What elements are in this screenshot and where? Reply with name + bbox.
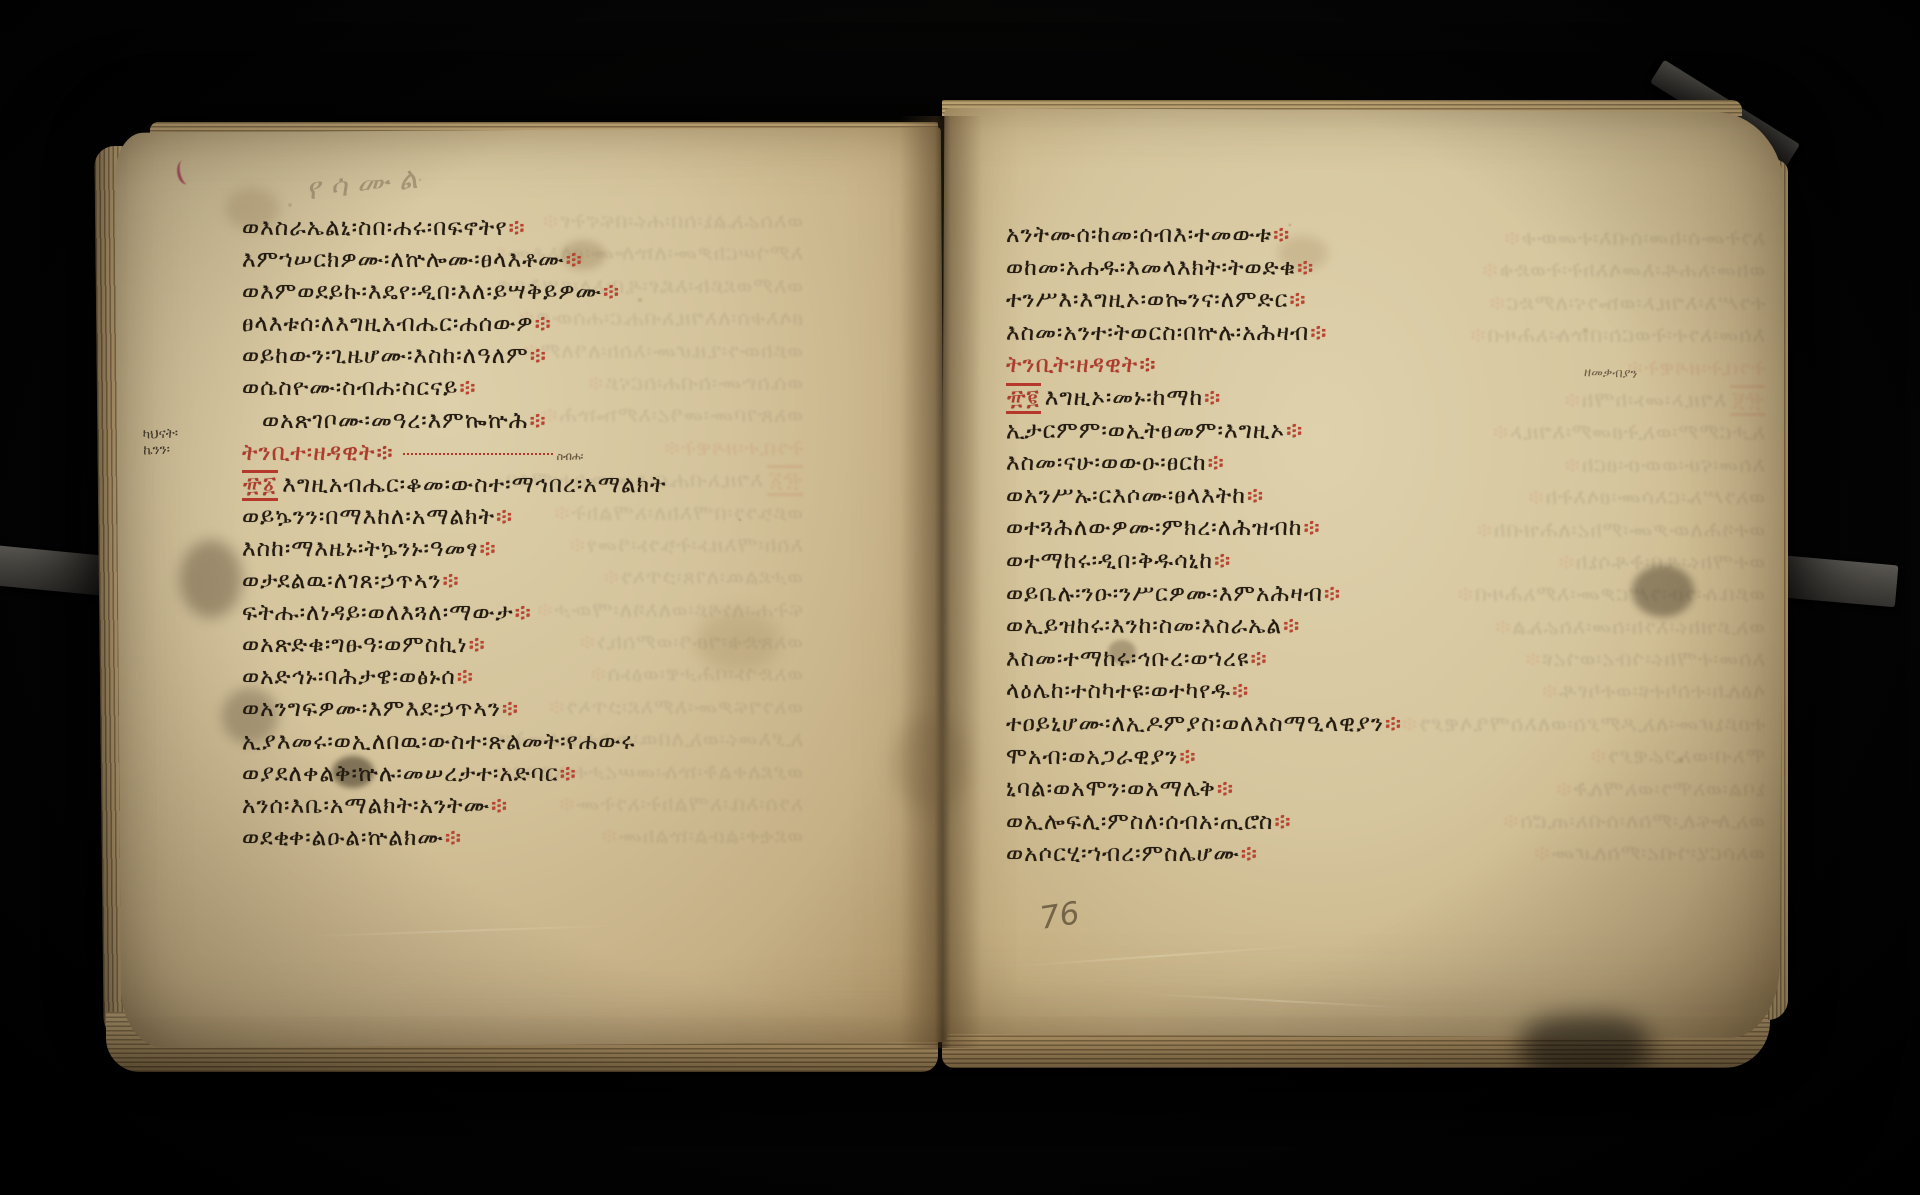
manuscript-line: ፹፪እግዚኦ፡መኑ፡ከማከ፨	[1006, 382, 1403, 415]
verse-cross: ፨	[1216, 776, 1235, 802]
line-text: እግዚአብሔር፡ቆመ፡ውስተ፡ማኅበረ፡አማልክት	[282, 472, 666, 498]
verse-cross: ፨	[1456, 582, 1474, 606]
ghost-line: ወከመ፡አሐዱ፡እመላእክት፡ትወድቁ፨	[1395, 254, 1765, 286]
line-text: ኢያእመሩ፡ወኢለበዉ፡ውስተ፡ጽልመት፡የሐውሩ	[242, 729, 635, 755]
line-text: ሞአብ፡ወአጋራዊያን፨	[1006, 744, 1197, 770]
manuscript-line: ትንቢት፡ዘዳዊት፨	[1006, 349, 1403, 382]
verse-cross: ፨	[375, 440, 394, 466]
verse-cross: ፨	[1288, 287, 1307, 313]
manuscript-line: ወአጽገቦሙ፡መዓረ፡እምኰኵሕ፨	[262, 405, 667, 437]
heading-gloss: ስብሐ፡	[557, 450, 584, 463]
verse-cross: ፨	[1554, 777, 1572, 801]
margin-note-line: ኬንን፡	[143, 441, 179, 458]
verse-cross: ፨	[602, 279, 621, 305]
ghost-line: ወአሶርሂ፡ኀብረ፡ምስሌሆሙ፨	[1395, 837, 1765, 869]
line-text: ወእምወደይኩ፡እዴየ፡ዲበ፡እለ፡ይሣቅይዎሙ፨	[242, 279, 621, 305]
verse-cross: ፨	[1533, 841, 1551, 865]
right-page-text-column: አንትሙሰ፡ከመ፡ሰብእ፡ተመውቱ፨ወከመ፡አሐዱ፡እመላእክት፡ትወድቁ፨ተን…	[1006, 219, 1403, 871]
manuscript-line: ወተጓሕለውዎሙ፡ምክረ፡ለሕዝብከ፨	[1006, 512, 1403, 545]
right-margin-note: ዘመቃብያን	[1584, 365, 1638, 382]
verse-cross: ፨	[1503, 226, 1521, 250]
ghost-line: ተዐይኒሆሙ፡ለኢዶምያስ፡ወለእስማዒላዊያን፨	[1395, 708, 1765, 740]
manuscript-line: ወአድኅኑ፡ባሕታዌ፡ወፅኑሰ፨	[242, 661, 667, 693]
manuscript-line: ወይከውን፡ጊዜሆሙ፡እስከ፡ለዓለም፨	[242, 340, 667, 372]
verse-cross: ፨	[1502, 809, 1520, 833]
manuscript-line: ወሴስዮሙ፡ስብሐ፡ስርናይ፨	[242, 372, 667, 404]
verse-cross: ፨	[1563, 388, 1581, 412]
ghost-line: ፹፪እግዚኦ፡መኑ፡ከማከ፨	[1395, 384, 1765, 416]
line-text: ወሴስዮሙ፡ስብሐ፡ስርናይ፨	[242, 375, 478, 401]
line-text: እስመ፡ናሁ፡ወውዑ፡ፀርከ፨	[1006, 450, 1226, 476]
verse-cross: ፨	[565, 247, 584, 273]
line-text: ወአሶርሂ፡ኀብረ፡ምስሌሆሙ፨	[1006, 841, 1259, 867]
line-text: አንትሙሰ፡ከመ፡ሰብእ፡ተመውቱ፨	[1006, 222, 1291, 248]
ghost-line: ወኢሎፍሊ፡ምስለ፡ሰብአ፡ጢሮስ፨	[1395, 805, 1765, 837]
line-text: እግዚኦ፡መኑ፡ከማከ፨	[1045, 385, 1223, 411]
manuscript-line: ሞአብ፡ወአጋራዊያን፨	[1006, 741, 1403, 774]
verse-cross: ፨	[1563, 453, 1581, 477]
left-page-text-column: ወእስራኤልኒ፡ስበ፡ሐሩ፡በፍኖትየ፨እምኀሠርክዎሙ፡ለኵሎሙ፡ፀላእቶሙ፨…	[242, 212, 667, 854]
verse-cross: ፨	[529, 343, 548, 369]
line-text: ወአንሥኡ፡ርእሶሙ፡ፀላእትከ፨	[1006, 483, 1265, 509]
manuscript-line: እምኀሠርክዎሙ፡ለኵሎሙ፡ፀላእቶሙ፨	[242, 244, 667, 276]
verse-cross: ፨	[501, 696, 520, 722]
verse-cross: ፨	[1491, 420, 1509, 444]
ghost-line: ላዕሌከ፡ተስካተዩ፡ወተካየዱ፨	[1395, 675, 1765, 707]
verse-cross: ፨	[1527, 485, 1545, 509]
manuscript-line: አንትሙሰ፡ከመ፡ሰብእ፡ተመውቱ፨	[1006, 219, 1403, 252]
verse-cross: ፨	[1488, 291, 1506, 315]
line-text: አንሰ፡እቤ፡አማልክት፡አንትሙ፨	[242, 793, 509, 819]
manuscript-line: ወከመ፡አሐዱ፡እመላእክት፡ትወድቁ፨	[1006, 252, 1403, 285]
verse-cross: ፨	[1469, 323, 1487, 347]
ghost-line: እስመ፡አንተ፡ትወርስ፡በኵሉ፡አሕዛብ፨	[1395, 319, 1765, 351]
manuscript-line: ኢያእመሩ፡ወኢለበዉ፡ውስተ፡ጽልመት፡የሐውሩ	[242, 726, 667, 758]
verse-cross: ፨	[479, 536, 498, 562]
verse-cross: ፨	[468, 632, 487, 658]
ghost-line: ወአንሥኡ፡ርእሶሙ፡ፀላእትከ፨	[1395, 481, 1765, 513]
manuscript-line: ፍትሑ፡ለነዳይ፡ወለእጓለ፡ማውታ፨	[242, 597, 667, 629]
manuscript-line: ወኢይዝከሩ፡እንከ፡ስመ፡እስራኤል፨	[1006, 610, 1403, 643]
verse-cross: ፨	[1213, 548, 1232, 574]
manuscript-line: ወይኴንን፡በማእከለ፡አማልክት፨	[242, 501, 667, 533]
line-text: ኒባል፡ወአሞን፡ወአማሌቅ፨	[1006, 776, 1235, 802]
verse-cross: ፨	[1309, 320, 1328, 346]
verse-cross: ፨	[442, 568, 461, 594]
manuscript-line: ወአንሥኡ፡ርእሶሙ፡ፀላእትከ፨	[1006, 480, 1403, 513]
line-text: ወአድኅኑ፡ባሕታዌ፡ወፅኑሰ፨	[242, 664, 475, 690]
verse-cross: ፨	[444, 825, 463, 851]
ghost-line: ወተማከሩ፡ዲበ፡ቅዱሳኒከ፨	[1395, 546, 1765, 578]
ghost-line: ተንሥእ፡እግዚኦ፡ወኰንና፡ለምድር፨	[1395, 287, 1765, 319]
manuscript-line: ወአንግፍዎሙ፡እምእደ፡ኃጥኣን፨	[242, 693, 667, 725]
margin-note-line: ካህናት፡	[142, 425, 178, 442]
verse-cross: ፨	[1384, 711, 1403, 737]
verse-cross: ፨	[1557, 550, 1575, 574]
verse-cross: ፨	[1302, 515, 1321, 541]
manuscript-line: ወአሶርሂ፡ኀብረ፡ምስሌሆሙ፨	[1006, 838, 1403, 871]
line-text: ትንቢት፡ዘዳዊት፨	[1006, 352, 1157, 378]
verse-cross: ፨	[534, 311, 553, 337]
verse-cross: ፨	[490, 793, 509, 819]
manuscript-line: እስመ፡ናሁ፡ወውዑ፡ፀርከ፨	[1006, 447, 1403, 480]
verse-cross: ፨	[1323, 581, 1342, 607]
line-text: እስመ፡ተማከሩ፡ኅቡረ፡ወኀረዩ፨	[1006, 646, 1269, 672]
verse-cross: ፨	[1475, 518, 1493, 542]
verse-cross: ፨	[1540, 679, 1558, 703]
verse-cross: ፨	[1249, 646, 1268, 672]
verse-cross: ፨	[1285, 418, 1304, 444]
line-text: ወኢሎፍሊ፡ምስለ፡ሰብአ፡ጢሮስ፨	[1006, 809, 1293, 835]
verse-cross: ፨	[1273, 809, 1292, 835]
manuscript-line: አንሰ፡እቤ፡አማልክት፡አንትሙ፨	[242, 790, 667, 822]
line-text: እስመ፡አንተ፡ትወርስ፡በኵሉ፡አሕዛብ፨	[1006, 320, 1328, 346]
ghost-line: እስመ፡ናሁ፡ወውዑ፡ፀርከ፨	[1395, 449, 1765, 481]
line-text: ወታደልዉ፡ለገጸ፡ኃጥኣን፨	[242, 568, 461, 594]
verse-cross: ፨	[1494, 615, 1512, 639]
verse-cross: ፨	[514, 600, 533, 626]
ghost-line: ኢታርምም፡ወኢትፀመም፡እግዚኦ፨	[1395, 416, 1765, 448]
line-text: እስከ፡ማእዜኑ፡ትኴንኑ፡ዓመፃ፨	[242, 536, 498, 562]
line-text: ወአንግፍዎሙ፡እምእደ፡ኃጥኣን፨	[242, 696, 520, 722]
manuscript-line: ትንቢተ፡ዘዳዊት፨ስብሐ፡	[242, 437, 667, 469]
manuscript-line: ፹፩እግዚአብሔር፡ቆመ፡ውስተ፡ማኅበረ፡አማልክት	[242, 469, 667, 501]
manuscript-line: ተንሥእ፡እግዚኦ፡ወኰንና፡ለምድር፨	[1006, 284, 1403, 317]
line-text: ኢታርምም፡ወኢትፀመም፡እግዚኦ፨	[1006, 418, 1304, 444]
line-text: ፀላእቱሰ፡ለእግዚአብሔር፡ሐሰውዎ፨	[242, 311, 553, 337]
line-text: ወከመ፡አሐዱ፡እመላእክት፡ትወድቁ፨	[1006, 255, 1315, 281]
verse-cross: ፨	[529, 408, 548, 434]
verse-cross: ፨	[508, 215, 527, 241]
line-text: ላዕሌከ፡ተስካተዩ፡ወተካየዱ፨	[1006, 678, 1250, 704]
ghost-line: ኒባል፡ወአሞን፡ወአማሌቅ፨	[1395, 773, 1765, 805]
manuscript-line: ወያደለቀልቅ፡ኵሉ፡መሠረታተ፡አድባር፨	[242, 758, 667, 790]
manuscript-line: ወደቂቀ፡ልዑል፡ኵልክሙ፨	[242, 822, 667, 854]
line-text: ወይከውን፡ጊዜሆሙ፡እስከ፡ለዓለም፨	[242, 343, 548, 369]
verse-cross: ፨	[1178, 744, 1197, 770]
line-text: ተዐይኒሆሙ፡ለኢዶምያስ፡ወለእስማዒላዊያን፨	[1006, 711, 1403, 737]
line-text: ወአጽድቁ፡ግፁዓ፡ወምስኪነ፨	[242, 632, 487, 658]
manuscript-line: ወይቤሉ፡ንዑ፡ንሥርዎሙ፡እምአሕዛብ፨	[1006, 578, 1403, 611]
line-text: ወተጓሕለውዎሙ፡ምክረ፡ለሕዝብከ፨	[1006, 515, 1322, 541]
manuscript-photograph: ወእስራኤልኒ፡ስበ፡ሐሩ፡በፍኖትየ፨እምኀሠርክዎሙ፡ለኵሎሙ፡ፀላእቶሙ፨…	[0, 0, 1920, 1195]
line-text: ወይቤሉ፡ንዑ፡ንሥርዎሙ፡እምአሕዛብ፨	[1006, 581, 1342, 607]
verse-cross: ፨	[1481, 258, 1499, 282]
manuscript-line: ወተማከሩ፡ዲበ፡ቅዱሳኒከ፨	[1006, 545, 1403, 578]
ghost-line: እስመ፡ተማከሩ፡ኅቡረ፡ወኀረዩ፨	[1395, 643, 1765, 675]
verse-cross: ፨	[1296, 255, 1315, 281]
verse-cross: ፨	[1231, 678, 1250, 704]
manuscript-line: ፀላእቱሰ፡ለእግዚአብሔር፡ሐሰውዎ፨	[242, 308, 667, 340]
verse-cross: ፨	[559, 761, 578, 787]
line-text: ወእስራኤልኒ፡ስበ፡ሐሩ፡በፍኖትየ፨	[242, 215, 527, 241]
rubric-dotted-rule	[403, 441, 553, 455]
manuscript-line: ወኢሎፍሊ፡ምስለ፡ሰብአ፡ጢሮስ፨	[1006, 806, 1403, 839]
verse-cross: ፨	[1282, 613, 1301, 639]
ghost-line: ወተጓሕለውዎሙ፡ምክረ፡ለሕዝብከ፨	[1395, 514, 1765, 546]
manuscript-line: ወእስራኤልኒ፡ስበ፡ሐሩ፡በፍኖትየ፨	[242, 212, 667, 244]
verse-cross: ፨	[1207, 450, 1226, 476]
line-text: ተንሥእ፡እግዚኦ፡ወኰንና፡ለምድር፨	[1006, 287, 1307, 313]
line-text: ፍትሑ፡ለነዳይ፡ወለእጓለ፡ማውታ፨	[242, 600, 533, 626]
manuscript-line: እስመ፡አንተ፡ትወርስ፡በኵሉ፡አሕዛብ፨	[1006, 317, 1403, 350]
line-text: ትንቢተ፡ዘዳዊት፨	[242, 440, 395, 466]
verse-cross: ፨	[458, 375, 477, 401]
verse-cross: ፨	[495, 504, 514, 530]
rubric-psalm-number: ፹፪	[1006, 383, 1041, 414]
verse-cross: ፨	[1589, 744, 1607, 768]
manuscript-line: ተዐይኒሆሙ፡ለኢዶምያስ፡ወለእስማዒላዊያን፨	[1006, 708, 1403, 741]
line-text: ወአጽገቦሙ፡መዓረ፡እምኰኵሕ፨	[262, 408, 548, 434]
verse-cross: ፨	[1240, 841, 1259, 867]
verse-cross: ፨	[1246, 483, 1265, 509]
manuscript-line: እስመ፡ተማከሩ፡ኅቡረ፡ወኀረዩ፨	[1006, 643, 1403, 676]
manuscript-line: እስከ፡ማእዜኑ፡ትኴንኑ፡ዓመፃ፨	[242, 533, 667, 565]
manuscript-line: ወእምወደይኩ፡እዴየ፡ዲበ፡እለ፡ይሣቅይዎሙ፨	[242, 276, 667, 308]
ghost-line: ወኢይዝከሩ፡እንከ፡ስመ፡እስራኤል፨	[1395, 611, 1765, 643]
verse-cross: ፨	[1203, 385, 1222, 411]
manuscript-line: ኒባል፡ወአሞን፡ወአማሌቅ፨	[1006, 773, 1403, 806]
verse-cross: ፨	[1524, 647, 1542, 671]
line-text: ወያደለቀልቅ፡ኵሉ፡መሠረታተ፡አድባር፨	[242, 761, 578, 787]
manuscript-line: ላዕሌከ፡ተስካተዩ፡ወተካየዱ፨	[1006, 675, 1403, 708]
book-gutter	[900, 116, 982, 1048]
manuscript-line: ወአጽድቁ፡ግፁዓ፡ወምስኪነ፨	[242, 629, 667, 661]
verse-cross: ፨	[456, 664, 475, 690]
ghost-line: ወይቤሉ፡ንዑ፡ንሥርዎሙ፡እምአሕዛብ፨	[1395, 578, 1765, 610]
rubric-psalm-number: ፹፩	[242, 470, 278, 501]
pencil-page-number: 76	[1037, 895, 1082, 937]
line-text: ወኢይዝከሩ፡እንከ፡ስመ፡እስራኤል፨	[1006, 613, 1301, 639]
line-text: ወይኴንን፡በማእከለ፡አማልክት፨	[242, 504, 514, 530]
line-text: ወደቂቀ፡ልዑል፡ኵልክሙ፨	[242, 825, 463, 851]
ghost-line: አንትሙሰ፡ከመ፡ሰብእ፡ተመውቱ፨	[1395, 222, 1765, 254]
manuscript-line: ኢታርምም፡ወኢትፀመም፡እግዚኦ፨	[1006, 415, 1403, 448]
ghost-line: ሞአብ፡ወአጋራዊያን፨	[1395, 740, 1765, 772]
line-text: እምኀሠርክዎሙ፡ለኵሎሙ፡ፀላእቶሙ፨	[242, 247, 584, 273]
left-margin-note: ካህናት፡ ኬንን፡	[142, 425, 178, 458]
manuscript-line: ወታደልዉ፡ለገጸ፡ኃጥኣን፨	[242, 565, 667, 597]
ghost-line: ትንቢት፡ዘዳዊት፨	[1395, 352, 1765, 384]
verse-cross: ፨	[1272, 222, 1291, 248]
verso-show-through-right: አንትሙሰ፡ከመ፡ሰብእ፡ተመውቱ፨ወከመ፡አሐዱ፡እመላእክት፡ትወድቁ፨ተን…	[1395, 222, 1765, 912]
verse-cross: ፨	[1138, 352, 1157, 378]
line-text: ወተማከሩ፡ዲበ፡ቅዱሳኒከ፨	[1006, 548, 1232, 574]
